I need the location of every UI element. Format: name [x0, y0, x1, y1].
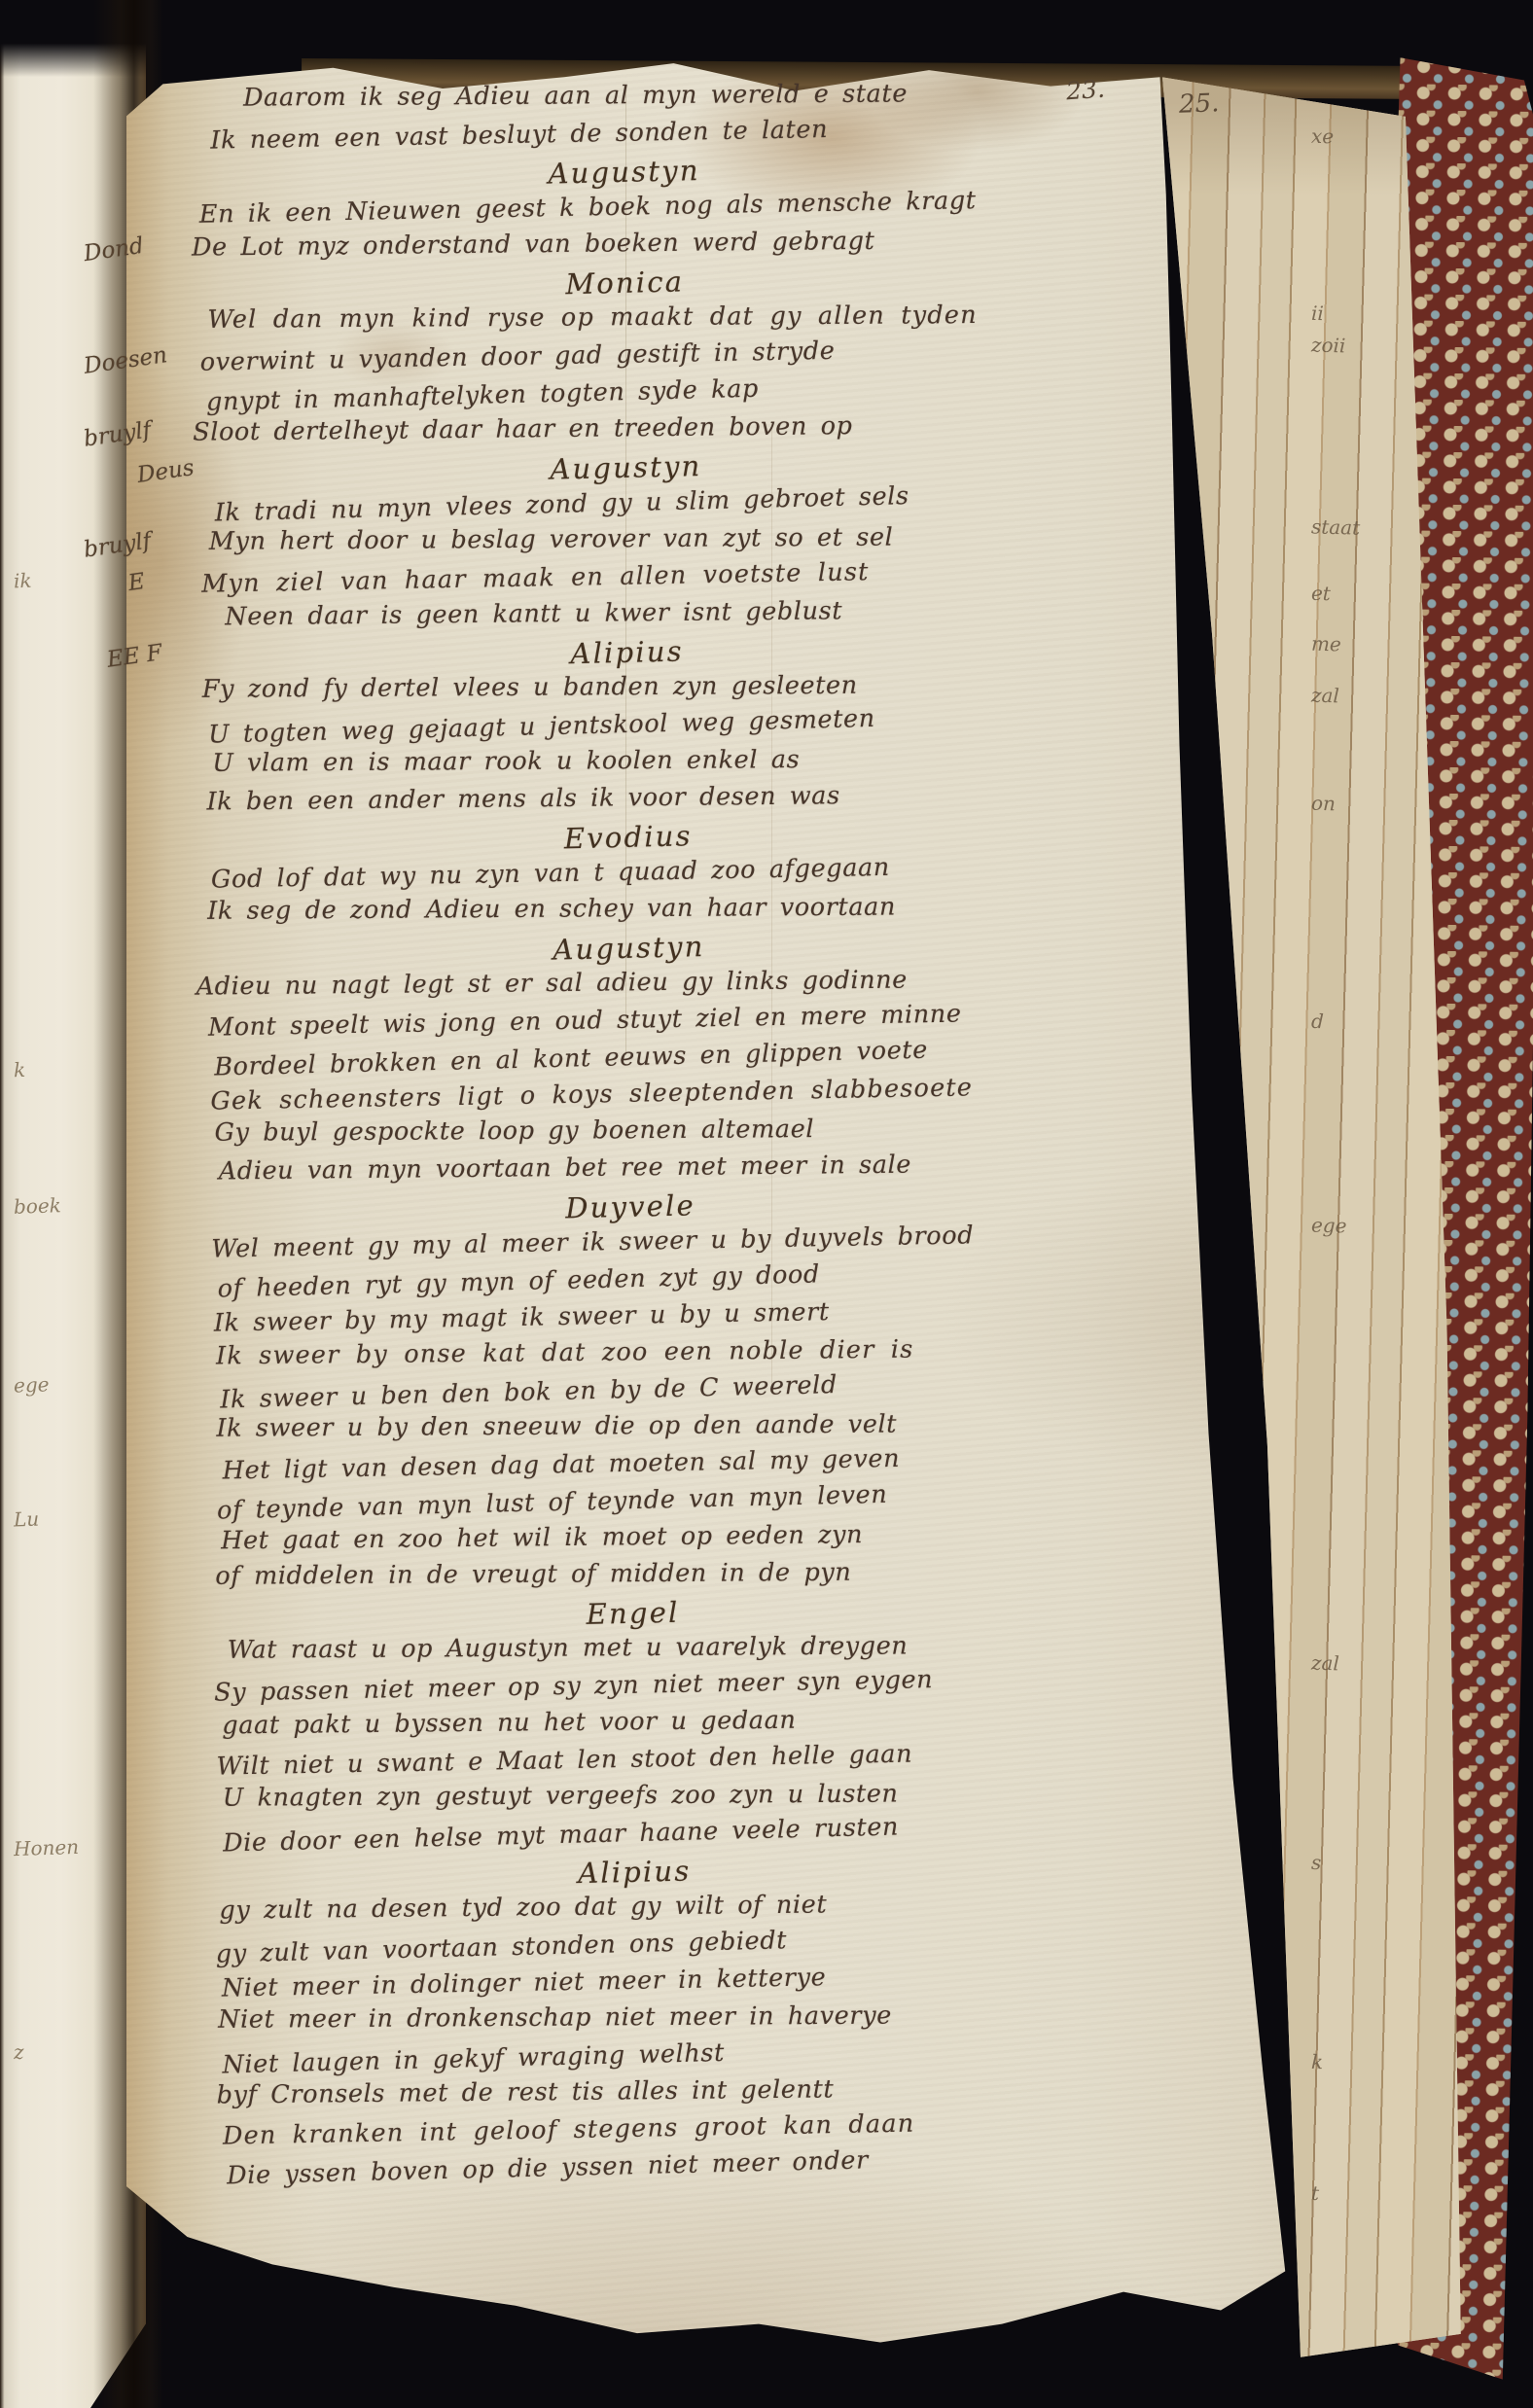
- manuscript-line: Ik sweer by onse kat dat zoo een noble d…: [216, 1332, 1142, 1370]
- text-row: Wilt niet u swant e Maat len stoot den h…: [191, 1741, 1144, 1784]
- edge-fragment: t: [1311, 2181, 1320, 2205]
- text-row: Die yssen boven op die yssen niet meer o…: [194, 2147, 1147, 2190]
- manuscript-line: Myn hert door u beslag verover van zyt s…: [209, 521, 1137, 556]
- manuscript-line: U vlam en is maar rook u koolen enkel as: [212, 743, 1138, 778]
- edge-fragment: Lu: [14, 1507, 40, 1532]
- manuscript-line: Ik seg de zond Adieu en schey van haar v…: [207, 891, 1139, 926]
- edge-fragment: ege: [14, 1372, 50, 1397]
- manuscript-line: Wat raast u op Augustyn met u vaarelyk d…: [228, 1630, 1144, 1665]
- margin-note: Doesen: [83, 342, 169, 379]
- text-row: Monica: [182, 263, 1135, 305]
- handwritten-text-column: Daarom ik seg Adieu aan al myn wereld e …: [181, 78, 1147, 2190]
- edge-fragment: s: [1311, 1851, 1322, 1874]
- text-row: Het gaat en zoo het wil ik moet op eeden…: [190, 1519, 1143, 1562]
- manuscript-line: Adieu nu nagt legt st er sal adieu gy li…: [196, 963, 1140, 1001]
- edge-fragment: ege: [1311, 1214, 1347, 1238]
- text-row: Ik tradi nu myn vlees zond gy u slim geb…: [184, 484, 1137, 527]
- edge-fragment: d: [1311, 1009, 1324, 1033]
- edge-fragment: boek: [14, 1193, 62, 1219]
- manuscript-line: Gy buyl gespockte loop gy boenen altemae…: [214, 1113, 1140, 1148]
- photo-background: 23. 25. Daarom ik seg Adieu aan al myn w…: [0, 0, 1533, 2408]
- margin-notes: DondDoesenbruylfDeusbruylfEEE F: [84, 89, 230, 2326]
- manuscript-line: Neen daar is geen kantt u kwer isnt gebl…: [225, 593, 1137, 631]
- edge-fragment: zal: [1311, 684, 1339, 708]
- margin-note: E: [126, 569, 146, 596]
- margin-note: bruylf: [83, 528, 153, 562]
- edge-fragment: zoii: [1311, 334, 1346, 358]
- margin-note: EE F: [105, 640, 163, 673]
- right-edge-fragments: xeiizoiistaatetmezalondegezalskt: [1301, 56, 1447, 2352]
- text-row: Ik sweer u ben den bok en by de C weerel…: [189, 1371, 1142, 1414]
- edge-fragment: k: [14, 1058, 26, 1081]
- under-page-number: 25.: [1178, 89, 1219, 119]
- manuscript-line: gy zult na desen tyd zoo dat gy wilt of …: [219, 1887, 1145, 1925]
- text-row: Niet meer in dolinger niet meer in kette…: [193, 1963, 1146, 2005]
- text-row: God lof dat wy nu zyn van t quaad zoo af…: [186, 854, 1139, 897]
- text-row: U togten weg gejaagt u jentskool weg ges…: [185, 706, 1138, 749]
- text-row: Engel: [191, 1593, 1144, 1636]
- manuscript-line: U knagten zyn gestuyt vergeefs zoo zyn u…: [223, 1778, 1145, 1813]
- manuscript-line: Daarom ik seg Adieu aan al myn wereld e …: [243, 78, 1134, 113]
- edge-fragment: k: [1311, 2050, 1324, 2073]
- edge-fragment: on: [1311, 792, 1337, 816]
- manuscript-line: Sloot dertelheyt daar haar en treeden bo…: [193, 408, 1136, 446]
- margin-note: bruylf: [83, 417, 153, 451]
- manuscript-line: Fy zond fy dertel vlees u banden zyn ges…: [202, 669, 1138, 704]
- manuscript-line: gaat pakt u byssen nu het voor u gedaan: [222, 1702, 1144, 1740]
- edge-fragment: ii: [1311, 301, 1324, 325]
- edge-fragment: zal: [1311, 1651, 1339, 1676]
- manuscript-line: Ik ben een ander mens als ik voor desen …: [206, 778, 1138, 816]
- manuscript-line: Adieu van myn voortaan bet ree met meer …: [219, 1148, 1141, 1186]
- edge-fragment: ik: [14, 569, 32, 593]
- text-row: Gek scheensters ligt o koys sleeptenden …: [187, 1076, 1140, 1118]
- edge-fragment: Honen: [14, 1835, 80, 1860]
- manuscript-line: byf Cronsels met de rest tis alles int g…: [216, 2072, 1146, 2109]
- manuscript-line: Niet meer in dronkenschap niet meer in h…: [218, 2000, 1146, 2035]
- manuscript-line: Het gaat en zoo het wil ik moet op eeden…: [221, 1517, 1143, 1555]
- text-row: Alipius: [184, 632, 1137, 675]
- edge-fragment: et: [1311, 582, 1331, 606]
- edge-fragment: me: [1311, 632, 1341, 656]
- edge-fragment: staat: [1311, 514, 1361, 539]
- edge-fragment: xe: [1311, 124, 1335, 149]
- margin-note: Dond: [82, 233, 145, 266]
- margin-note: Deus: [135, 455, 196, 488]
- manuscript-line: Wel dan myn kind ryse op maakt dat gy al…: [207, 300, 1135, 335]
- manuscript-line: Ik sweer u by den sneeuw die op den aand…: [216, 1408, 1142, 1443]
- manuscript-line: De Lot myz onderstand van boeken werd ge…: [192, 224, 1135, 262]
- manuscript-line: of middelen in de vreugt of midden in de…: [215, 1556, 1143, 1591]
- edge-fragment: z: [14, 2040, 24, 2064]
